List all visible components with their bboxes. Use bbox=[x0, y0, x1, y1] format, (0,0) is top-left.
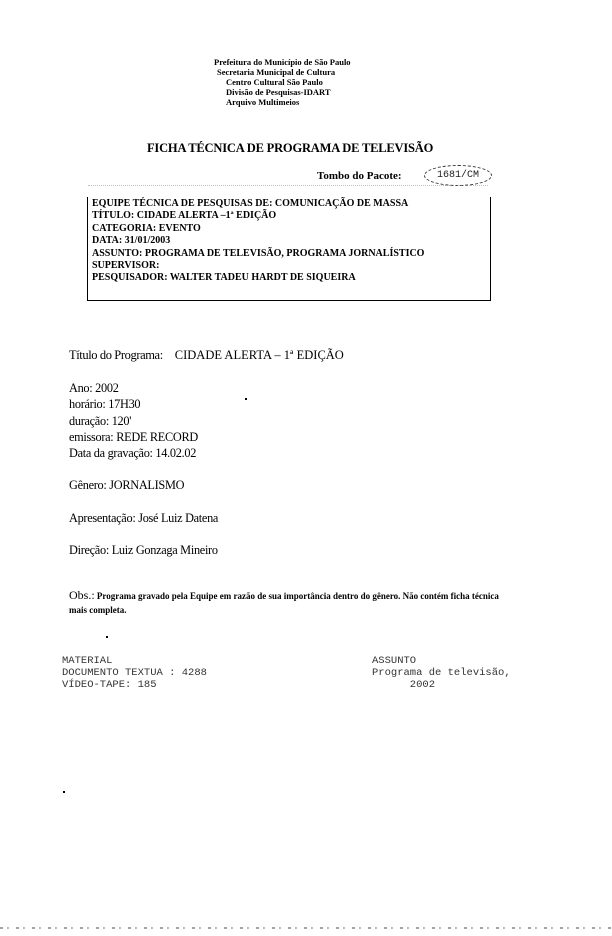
program-direcao: Direção: Luiz Gonzaga Mineiro bbox=[69, 543, 218, 558]
program-apresentacao: Apresentação: José Luiz Datena bbox=[69, 511, 218, 526]
detail-emissora: emissora: REDE RECORD bbox=[69, 429, 198, 445]
scan-speck bbox=[63, 791, 65, 793]
info-titulo: TÍTULO: CIDADE ALERTA –1ª EDIÇÃO bbox=[92, 210, 424, 222]
header-line-arquivo: Arquivo Multimeios bbox=[214, 97, 351, 107]
info-equipe: EQUIPE TÉCNICA DE PESQUISAS DE: COMUNICA… bbox=[92, 198, 424, 210]
program-title-row: Título do Programa:CIDADE ALERTA – 1ª ED… bbox=[69, 348, 344, 363]
material-block: MATERIALDOCUMENTO TEXTUA : 4288VÍDEO-TAP… bbox=[62, 656, 207, 691]
info-pesquisador: PESQUISADOR: WALTER TADEU HARDT DE SIQUE… bbox=[92, 272, 424, 284]
document-title: FICHA TÉCNICA DE PROGRAMA DE TELEVISÃO bbox=[147, 141, 433, 156]
material-video-tape: VÍDEO-TAPE: 185 bbox=[62, 680, 207, 692]
info-data: DATA: 31/01/2003 bbox=[92, 235, 424, 247]
header-line-divisao: Divisão de Pesquisas-IDART bbox=[214, 87, 351, 97]
program-genero: Gênero: JORNALISMO bbox=[69, 478, 184, 493]
info-box-content: EQUIPE TÉCNICA DE PESQUISAS DE: COMUNICA… bbox=[92, 198, 424, 285]
header-line-prefeitura: Prefeitura do Município de São Paulo bbox=[214, 57, 351, 67]
scan-speck bbox=[245, 398, 247, 400]
assunto-block: ASSUNTOPrograma de televisão, 2002 bbox=[372, 656, 511, 691]
assunto-year: 2002 bbox=[372, 680, 511, 692]
dotted-divider bbox=[88, 185, 488, 187]
header-line-centro-cultural: Centro Cultural São Paulo bbox=[214, 77, 351, 87]
scan-artifact-line bbox=[0, 927, 612, 929]
detail-ano: Ano: 2002 bbox=[69, 380, 198, 396]
tombo-stamp: 1681/CM bbox=[424, 165, 492, 186]
program-title-value: CIDADE ALERTA – 1ª EDIÇÃO bbox=[175, 348, 344, 362]
info-supervisor: SUPERVISOR: bbox=[92, 260, 424, 272]
program-title-label: Título do Programa: bbox=[69, 348, 163, 362]
detail-duracao: duração: 120' bbox=[69, 413, 198, 429]
info-categoria: CATEGORIA: EVENTO bbox=[92, 223, 424, 235]
observation: Obs.: Programa gravado pela Equipe em ra… bbox=[69, 589, 509, 617]
assunto-value: Programa de televisão, bbox=[372, 668, 511, 680]
detail-horario: horário: 17H30 bbox=[69, 396, 198, 412]
detail-data-gravacao: Data da gravação: 14.02.02 bbox=[69, 445, 198, 461]
scan-speck bbox=[106, 636, 108, 638]
program-details: Ano: 2002 horário: 17H30 duração: 120' e… bbox=[69, 380, 198, 461]
obs-label: Obs.: bbox=[69, 588, 95, 602]
tombo-label: Tombo do Pacote: bbox=[317, 170, 402, 182]
obs-text: Programa gravado pela Equipe em razão de… bbox=[69, 591, 499, 615]
info-assunto: ASSUNTO: PROGRAMA DE TELEVISÃO, PROGRAMA… bbox=[92, 248, 424, 260]
institution-header: Prefeitura do Município de São Paulo Sec… bbox=[214, 57, 351, 107]
material-documento-textual: DOCUMENTO TEXTUA : 4288 bbox=[62, 668, 207, 680]
header-line-secretaria: Secretaria Municipal de Cultura bbox=[214, 67, 351, 77]
